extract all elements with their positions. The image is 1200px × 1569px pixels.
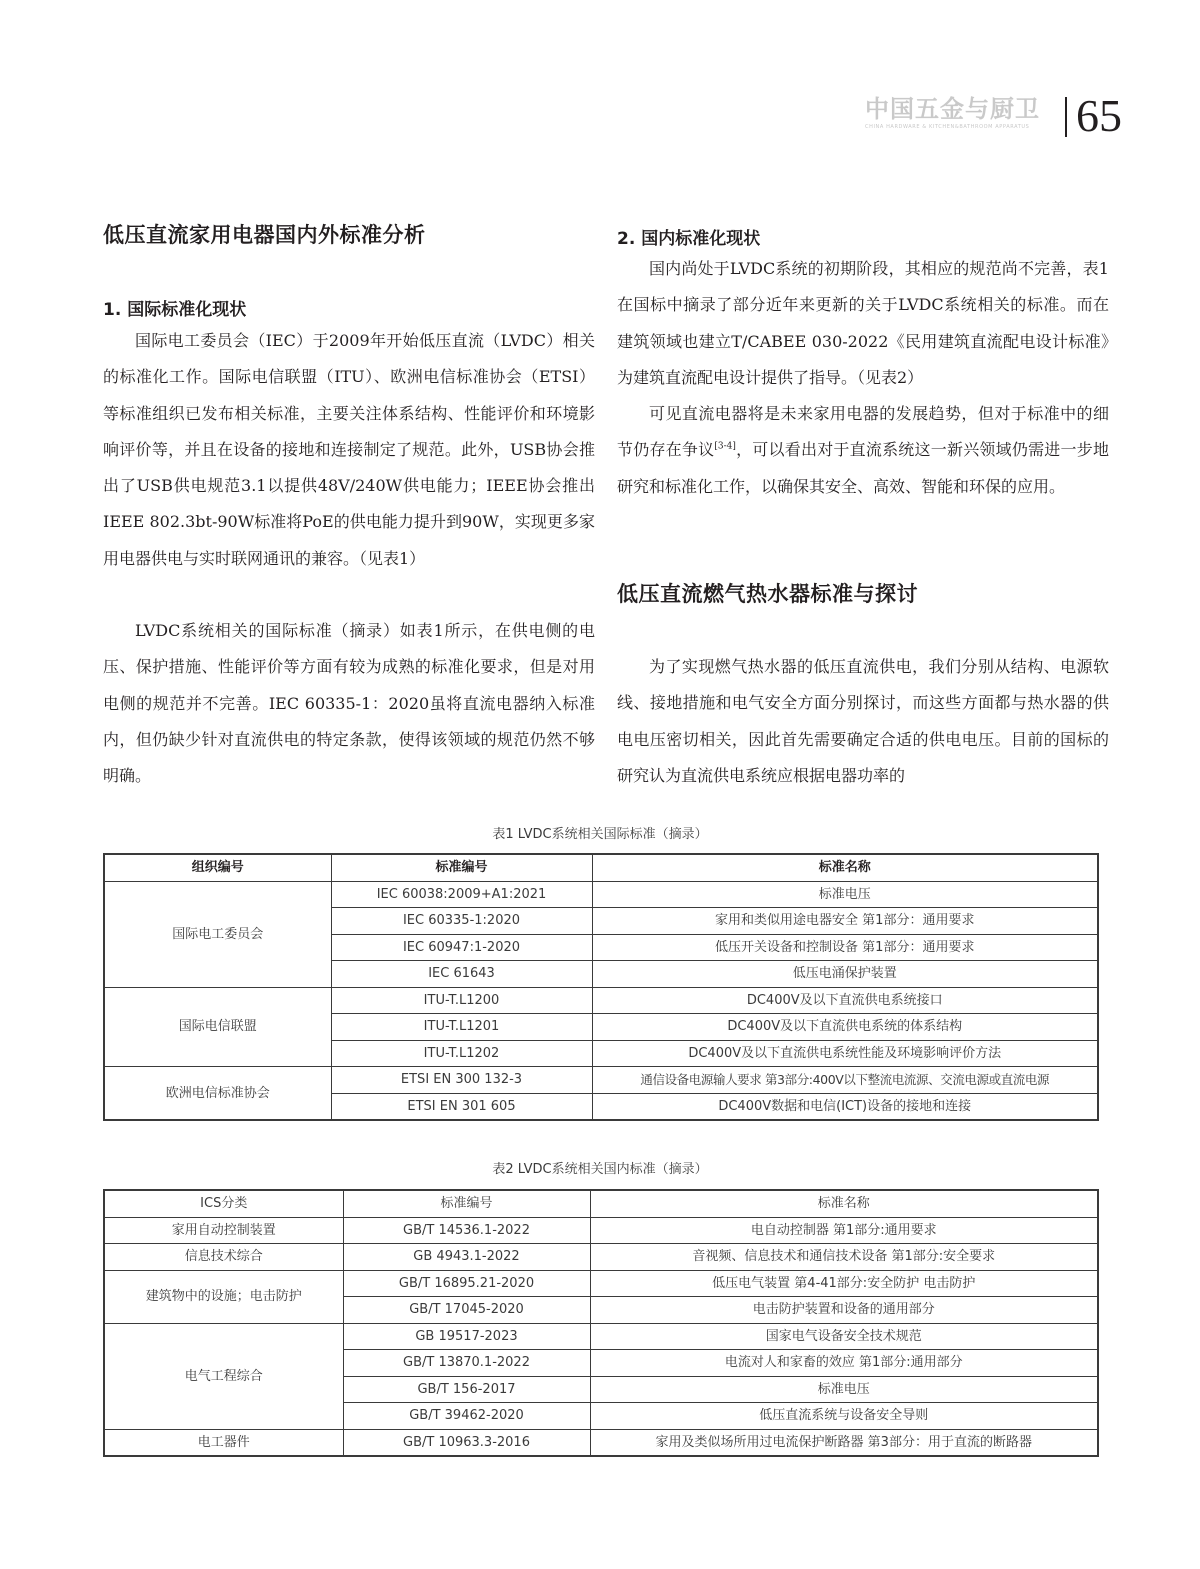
table-row: 欧洲电信标准协会 ETSI EN 300 132-3 通信设备电源输人要求 第3… (104, 1067, 1098, 1094)
table-row: 家用自动控制装置 GB/T 14536.1-2022 电自动控制器 第1部分:通… (104, 1217, 1098, 1244)
table-row: 国际电信联盟 ITU-T.L1200 DC400V及以下直流供电系统接口 (104, 987, 1098, 1014)
table-row: 国际电工委员会 IEC 60038:2009+A1:2021 标准电压 (104, 881, 1098, 908)
table-domestic-standards: ICS分类 标准编号 标准名称 家用自动控制装置 GB/T 14536.1-20… (103, 1189, 1099, 1457)
table-header-row: 组织编号 标准编号 标准名称 (104, 854, 1098, 881)
magazine-title-cn: 中国五金与厨卫 (865, 96, 1045, 122)
citation-ref[interactable]: [3-4] (714, 442, 736, 452)
column-header: 标准名称 (590, 1190, 1098, 1217)
standard-name: 电流对人和家畜的效应 第1部分:通用部分 (590, 1350, 1098, 1377)
standard-number: ETSI EN 301 605 (331, 1093, 592, 1120)
standard-number: GB/T 17045-2020 (343, 1297, 590, 1324)
column-header: ICS分类 (104, 1190, 343, 1217)
column-header: 标准编号 (343, 1190, 590, 1217)
table-row: 建筑物中的设施；电击防护 GB/T 16895.21-2020 低压电气装置 第… (104, 1270, 1098, 1297)
standard-name: 电自动控制器 第1部分:通用要求 (590, 1217, 1098, 1244)
standard-number: GB/T 16895.21-2020 (343, 1270, 590, 1297)
paragraph-international-1: 国际电工委员会（IEC）于2009年开始低压直流（LVDC）相关的标准化工作。国… (103, 323, 595, 577)
standard-number: IEC 60335-1:2020 (331, 908, 592, 935)
standard-number: GB/T 39462-2020 (343, 1403, 590, 1430)
ics-cell: 家用自动控制装置 (104, 1217, 343, 1244)
standard-name: 低压开关设备和控制设备 第1部分：通用要求 (592, 934, 1098, 961)
paragraph-domestic-1: 国内尚处于LVDC系统的初期阶段，其相应的规范尚不完善，表1在国标中摘录了部分近… (617, 251, 1109, 396)
standard-number: IEC 60038:2009+A1:2021 (331, 881, 592, 908)
standard-name: 低压电气装置 第4-41部分:安全防护 电击防护 (590, 1270, 1098, 1297)
ics-cell: 信息技术综合 (104, 1244, 343, 1271)
standard-number: GB/T 14536.1-2022 (343, 1217, 590, 1244)
org-cell: 国际电信联盟 (104, 987, 331, 1067)
table-row: 电气工程综合 GB 19517-2023 国家电气设备安全技术规范 (104, 1323, 1098, 1350)
header-divider (1065, 97, 1067, 137)
section-heading-domestic: 2. 国内标准化现状 (617, 224, 760, 249)
standard-number: GB 4943.1-2022 (343, 1244, 590, 1271)
standard-name: 电击防护装置和设备的通用部分 (590, 1297, 1098, 1324)
ics-cell: 电工器件 (104, 1429, 343, 1456)
section-title-water-heater: 低压直流燃气热水器标准与探讨 (617, 578, 918, 608)
standard-name: 家用及类似场所用过电流保护断路器 第3部分：用于直流的断路器 (590, 1429, 1098, 1456)
standard-number: IEC 60947:1-2020 (331, 934, 592, 961)
table-row: 信息技术综合 GB 4943.1-2022 音视频、信息技术和通信技术设备 第1… (104, 1244, 1098, 1271)
standard-name: 国家电气设备安全技术规范 (590, 1323, 1098, 1350)
paragraph-domestic-2: 可见直流电器将是未来家用电器的发展趋势，但对于标准中的细节仍存在争议[3-4]，… (617, 396, 1109, 505)
standard-name: 标准电压 (592, 881, 1098, 908)
standard-name: 音视频、信息技术和通信技术设备 第1部分:安全要求 (590, 1244, 1098, 1271)
section-heading-international: 1. 国际标准化现状 (103, 295, 246, 320)
standard-name: DC400V数据和电信(ICT)设备的接地和连接 (592, 1093, 1098, 1120)
ics-cell: 电气工程综合 (104, 1323, 343, 1429)
standard-number: GB/T 156-2017 (343, 1376, 590, 1403)
magazine-title-en: CHINA HARDWARE & KITCHEN&BATHROOM APPARA… (865, 124, 1045, 130)
column-header: 标准编号 (331, 854, 592, 881)
standard-name: 标准电压 (590, 1376, 1098, 1403)
paragraph-water-heater: 为了实现燃气热水器的低压直流供电，我们分别从结构、电源软线、接地措施和电气安全方… (617, 649, 1109, 794)
standard-number: IEC 61643 (331, 961, 592, 988)
table-header-row: ICS分类 标准编号 标准名称 (104, 1190, 1098, 1217)
standard-number: ITU-T.L1200 (331, 987, 592, 1014)
standard-name: DC400V及以下直流供电系统性能及环境影响评价方法 (592, 1040, 1098, 1067)
table-row: 电工器件 GB/T 10963.3-2016 家用及类似场所用过电流保护断路器 … (104, 1429, 1098, 1456)
standard-number: ITU-T.L1201 (331, 1014, 592, 1041)
standard-name: DC400V及以下直流供电系统的体系结构 (592, 1014, 1098, 1041)
standard-name: 低压电涌保护装置 (592, 961, 1098, 988)
page-number: 65 (1076, 88, 1122, 144)
column-header: 标准名称 (592, 854, 1098, 881)
standard-number: GB 19517-2023 (343, 1323, 590, 1350)
table1-caption: 表1 LVDC系统相关国际标准（摘录） (0, 823, 1200, 842)
standard-name: DC400V及以下直流供电系统接口 (592, 987, 1098, 1014)
ics-cell: 建筑物中的设施；电击防护 (104, 1270, 343, 1323)
standard-name: 通信设备电源输人要求 第3部分:400V以下整流电流源、交流电源或直流电源 (592, 1067, 1098, 1094)
article-title: 低压直流家用电器国内外标准分析 (103, 219, 426, 249)
standard-number: GB/T 13870.1-2022 (343, 1350, 590, 1377)
table2-caption: 表2 LVDC系统相关国内标准（摘录） (0, 1158, 1200, 1177)
paragraph-international-2: LVDC系统相关的国际标准（摘录）如表1所示，在供电侧的电压、保护措施、性能评价… (103, 613, 595, 794)
org-cell: 国际电工委员会 (104, 881, 331, 987)
org-cell: 欧洲电信标准协会 (104, 1067, 331, 1121)
standard-number: GB/T 10963.3-2016 (343, 1429, 590, 1456)
magazine-masthead: 中国五金与厨卫 CHINA HARDWARE & KITCHEN&BATHROO… (865, 96, 1045, 136)
standard-name: 家用和类似用途电器安全 第1部分：通用要求 (592, 908, 1098, 935)
standard-number: ETSI EN 300 132-3 (331, 1067, 592, 1094)
standard-number: ITU-T.L1202 (331, 1040, 592, 1067)
standard-name: 低压直流系统与设备安全导则 (590, 1403, 1098, 1430)
table-international-standards: 组织编号 标准编号 标准名称 国际电工委员会 IEC 60038:2009+A1… (103, 853, 1099, 1121)
column-header: 组织编号 (104, 854, 331, 881)
